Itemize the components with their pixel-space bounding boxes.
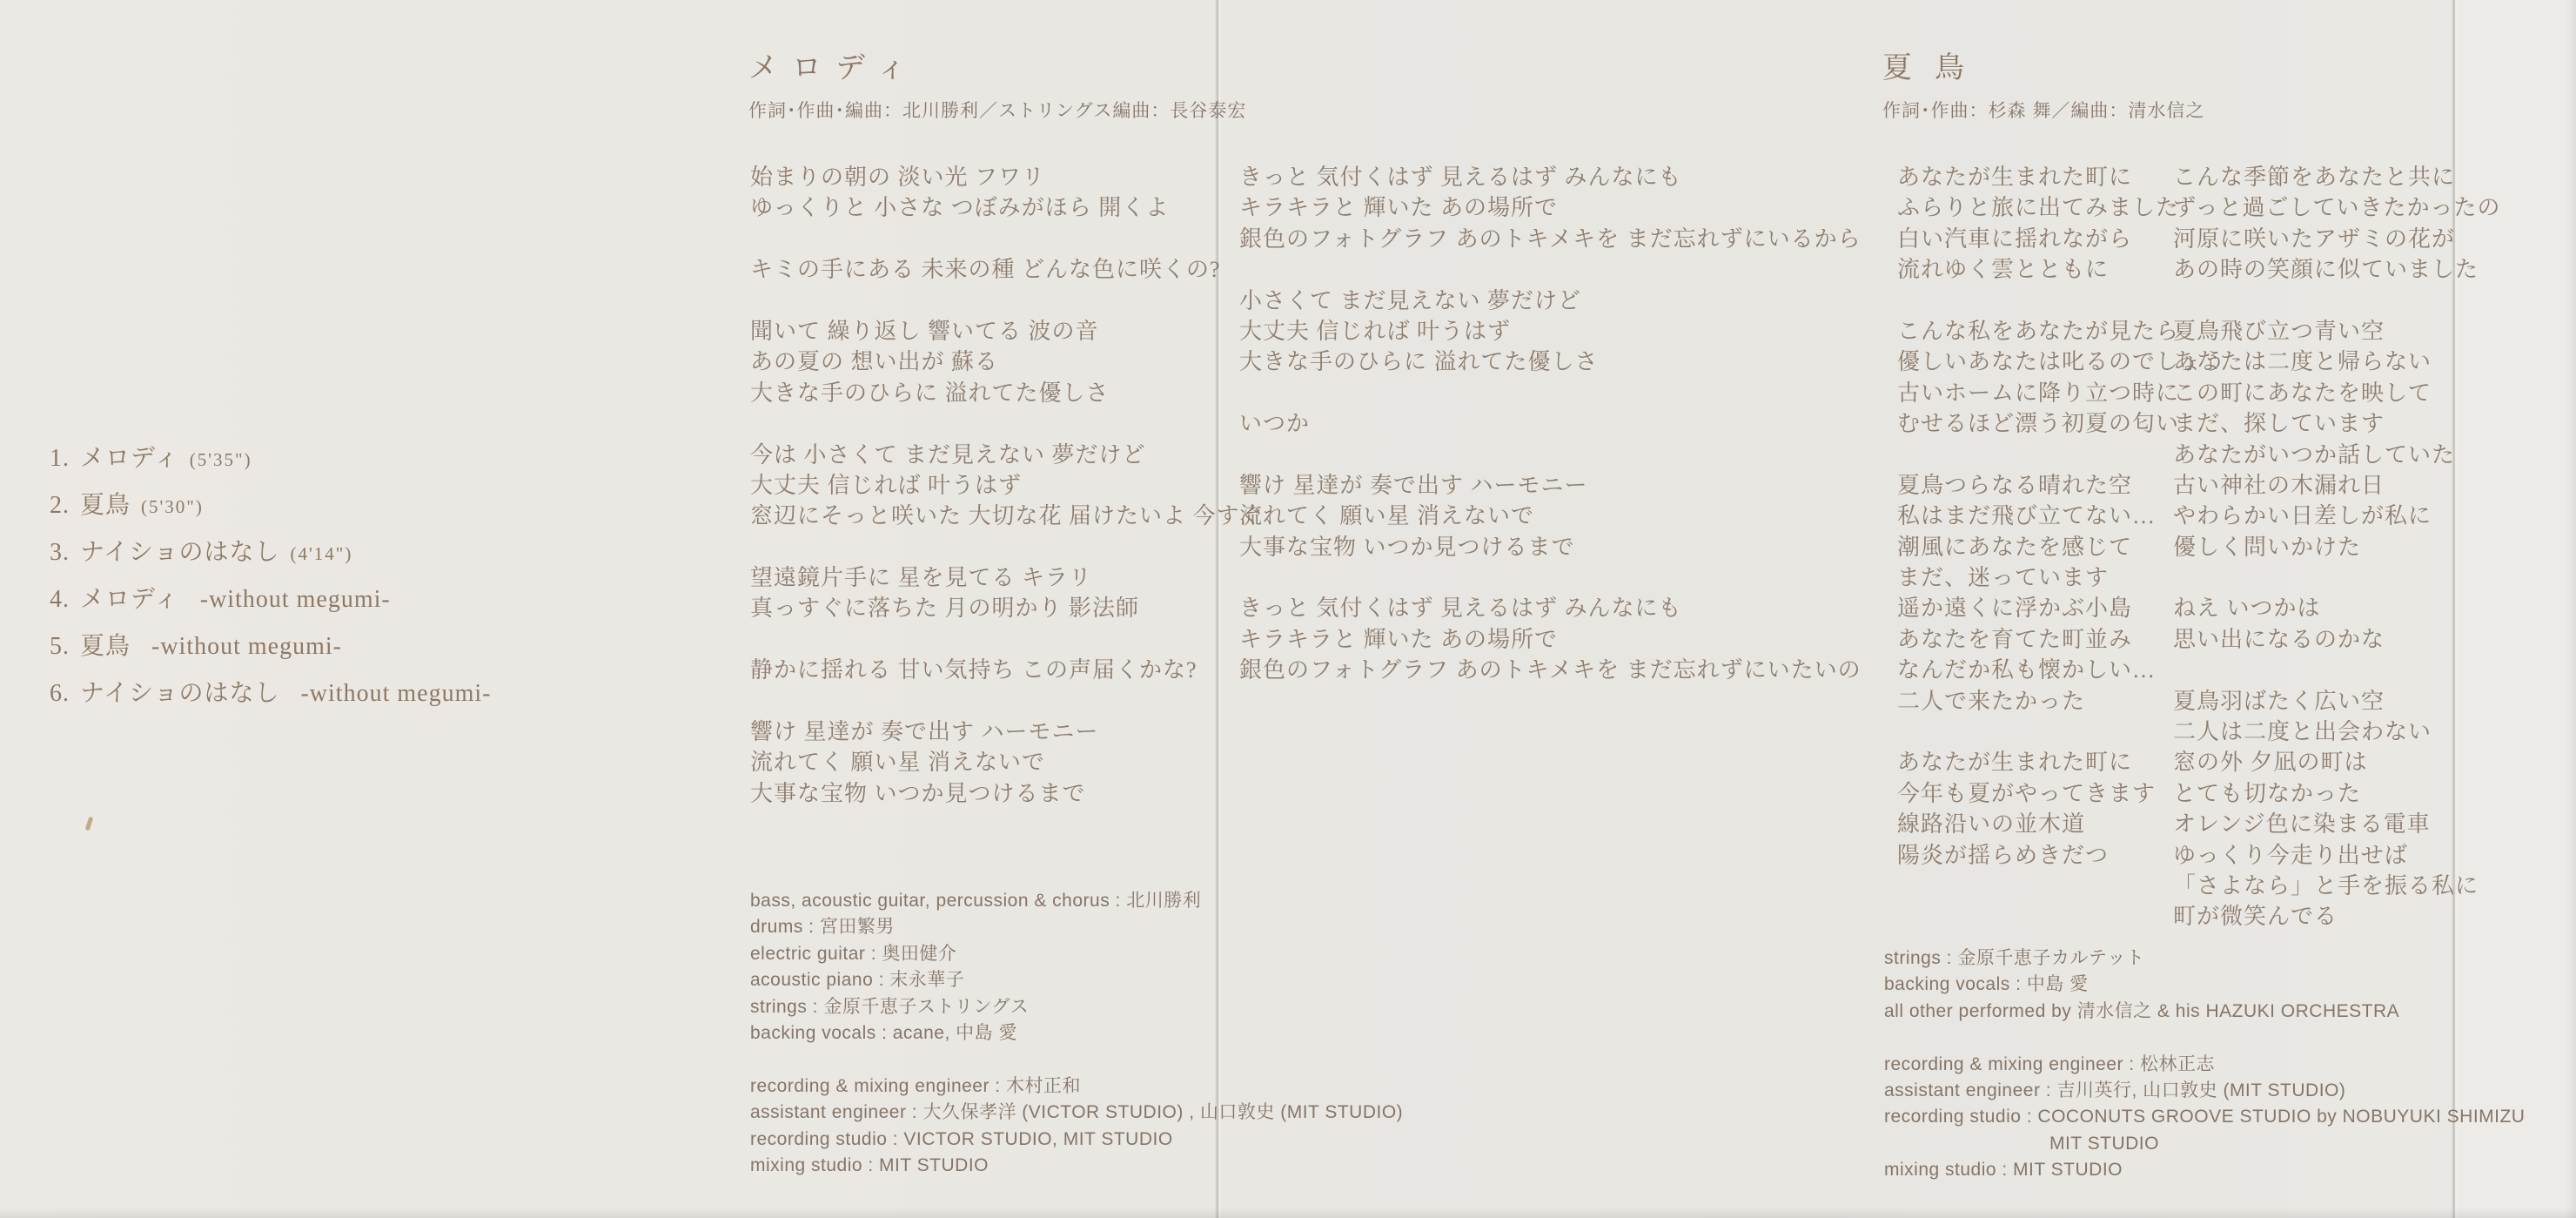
credit-line: mixing studio : MIT STUDIO xyxy=(750,1153,1403,1179)
track-title: ナイショのはなし xyxy=(80,539,279,566)
lyric-line: この町にあなたを映して xyxy=(2173,378,2500,408)
lyric-line: きっと 気付くはず 見えるはず みんなにも xyxy=(1239,162,1862,192)
track-duration: (4'14") xyxy=(290,543,352,564)
lyric-line xyxy=(2173,562,2500,593)
track-number: 6. xyxy=(50,680,70,707)
natsudori-song-credit: 作詞･作曲：杉森 舞／編曲：清水信之 xyxy=(1882,97,2204,123)
lyric-line: 響け 星達が 奏で出す ハーモニー xyxy=(1239,470,1862,501)
lyric-line: あなたがいつか話していた xyxy=(2173,440,2500,470)
track-item: 5.夏鳥-without megumi- xyxy=(50,623,491,670)
right-edge-shadow xyxy=(2566,0,2576,1218)
lyric-line: 「さよなら」と手を振る私に xyxy=(2173,871,2500,901)
lyric-line xyxy=(750,686,1264,717)
lyric-line: 小さくて まだ見えない 夢だけど xyxy=(1239,286,1862,316)
track-title: 夏鳥 xyxy=(80,633,131,660)
credit-line: electric guitar : 奥田健介 xyxy=(750,941,1403,967)
credit-line xyxy=(750,1046,1403,1073)
lyric-line xyxy=(2173,655,2500,685)
lyric-line: 大きな手のひらに 溢れてた優しさ xyxy=(750,378,1264,408)
lyric-line: ゆっくりと 小さな つぼみがほら 開くよ xyxy=(750,192,1264,223)
lyric-line: 望遠鏡片手に 星を見てる キラリ xyxy=(750,562,1264,593)
track-number: 2. xyxy=(50,492,70,519)
track-item: 2.夏鳥(5'30") xyxy=(50,482,491,529)
credit-line: acoustic piano : 末永華子 xyxy=(750,967,1403,993)
lyric-line: 始まりの朝の 淡い光 フワリ xyxy=(750,162,1264,192)
lyric-line: ねえ いつかは xyxy=(2173,593,2500,623)
lyric-line: あなたは二度と帰らない xyxy=(2173,347,2500,377)
track-item: 4.メロディ-without megumi- xyxy=(50,576,491,623)
lyric-line: キラキラと 輝いた あの場所で xyxy=(1239,192,1862,223)
credit-line: recording studio : COCONUTS GROOVE STUDI… xyxy=(1884,1104,2525,1130)
credit-line: strings : 金原千恵子カルテット xyxy=(1884,945,2525,972)
track-title: 夏鳥 xyxy=(80,492,131,519)
lyric-line: 夏鳥飛び立つ青い空 xyxy=(2173,316,2500,347)
melody-lyrics-column-2: きっと 気付くはず 見えるはず みんなにもキラキラと 輝いた あの場所で銀色のフ… xyxy=(1239,162,1862,686)
lyric-line: きっと 気付くはず 見えるはず みんなにも xyxy=(1239,593,1862,623)
lyric-line: 町が微笑んでる xyxy=(2173,901,2500,932)
lyric-line: 聞いて 繰り返し 響いてる 波の音 xyxy=(750,316,1264,347)
lyric-line: あの夏の 想い出が 蘇る xyxy=(750,347,1264,377)
credit-line xyxy=(1884,1025,2525,1051)
natsudori-credits-block: strings : 金原千恵子カルテットbacking vocals : 中島 … xyxy=(1884,945,2525,1184)
track-duration: (5'30") xyxy=(141,496,204,517)
lyric-line xyxy=(1239,440,1862,470)
lyric-line: こんな季節をあなたと共に xyxy=(2173,162,2500,192)
melody-song-credit: 作詞･作曲･編曲：北川勝利／ストリングス編曲：長谷泰宏 xyxy=(748,97,1246,123)
track-variant: -without megumi- xyxy=(300,680,491,707)
credit-line: recording & mixing engineer : 松林正志 xyxy=(1884,1052,2525,1078)
credit-line: recording & mixing engineer : 木村正和 xyxy=(750,1073,1403,1100)
lyric-line: 古い神社の木漏れ日 xyxy=(2173,470,2500,501)
track-item: 1.メロディ(5'35") xyxy=(50,435,491,482)
melody-header: メロディ 作詞･作曲･編曲：北川勝利／ストリングス編曲：長谷泰宏 xyxy=(748,44,1246,123)
track-title: メロディ xyxy=(80,586,179,613)
track-variant: -without megumi- xyxy=(151,633,342,660)
lyric-line: あの時の笑顔に似ていました xyxy=(2173,254,2500,285)
credit-line: backing vocals : 中島 愛 xyxy=(1884,972,2525,998)
lyric-line: 静かに揺れる 甘い気持ち この声届くかな? xyxy=(750,655,1264,685)
lyric-line: ゆっくり今走り出せば xyxy=(2173,840,2500,871)
lyric-line: 河原に咲いたアザミの花が xyxy=(2173,224,2500,254)
lyric-line: 夏鳥羽ばたく広い空 xyxy=(2173,686,2500,717)
track-number: 4. xyxy=(50,586,70,613)
lyric-line xyxy=(1239,254,1862,285)
lyric-line xyxy=(750,408,1264,439)
credit-line: mixing studio : MIT STUDIO xyxy=(1884,1157,2525,1183)
track-item: 6.ナイショのはなし-without megumi- xyxy=(50,670,491,717)
natsudori-header: 夏鳥 作詞･作曲：杉森 舞／編曲：清水信之 xyxy=(1882,44,2204,123)
track-title: ナイショのはなし xyxy=(80,680,279,707)
credit-line: all other performed by 清水信之 & his HAZUKI… xyxy=(1884,999,2525,1025)
natsudori-lyrics-column-2: こんな季節をあなたと共にずっと過ごしていきたかったの河原に咲いたアザミの花があの… xyxy=(2173,162,2500,932)
lyric-line: 二人は二度と出会わない xyxy=(2173,717,2500,747)
lyric-line: 今は 小さくて まだ見えない 夢だけど xyxy=(750,440,1264,470)
lyric-line xyxy=(1239,378,1862,408)
lyric-line: 流れてく 願い星 消えないで xyxy=(1239,501,1862,531)
lyric-line: 窓の外 夕凪の町は xyxy=(2173,747,2500,777)
track-variant: -without megumi- xyxy=(200,586,391,613)
lyric-line xyxy=(750,286,1264,316)
lyric-line: 銀色のフォトグラフ あのトキメキを まだ忘れずにいたいの xyxy=(1239,655,1862,685)
bottom-edge-shadow xyxy=(0,1208,2576,1218)
lyric-line: 大きな手のひらに 溢れてた優しさ xyxy=(1239,347,1862,377)
lyric-line: 真っすぐに落ちた 月の明かり 影法師 xyxy=(750,593,1264,623)
lyric-line: いつか xyxy=(1239,408,1862,439)
credit-line: assistant engineer : 吉川英行, 山口敦史 (MIT STU… xyxy=(1884,1078,2525,1104)
track-duration: (5'35") xyxy=(190,449,252,470)
lyric-line: 響け 星達が 奏で出す ハーモニー xyxy=(750,717,1264,747)
track-number: 5. xyxy=(50,633,70,660)
track-title: メロディ xyxy=(80,445,179,472)
lyric-line: キラキラと 輝いた あの場所で xyxy=(1239,624,1862,655)
lyric-line: 大丈夫 信じれば 叶うはず xyxy=(750,470,1264,501)
lyric-line: 大事な宝物 いつか見つけるまで xyxy=(750,778,1264,809)
lyric-line: オレンジ色に染まる電車 xyxy=(2173,809,2500,839)
credit-line: backing vocals : acane, 中島 愛 xyxy=(750,1020,1403,1046)
lyric-line: 優しく問いかけた xyxy=(2173,532,2500,562)
track-item: 3.ナイショのはなし(4'14") xyxy=(50,529,491,576)
credit-line: strings : 金原千恵子ストリングス xyxy=(750,994,1403,1020)
natsudori-song-title: 夏鳥 xyxy=(1882,44,2204,86)
lyric-line: まだ、探しています xyxy=(2173,408,2500,439)
lyric-line: キミの手にある 未来の種 どんな色に咲くの? xyxy=(750,254,1264,285)
credit-line: recording studio : VICTOR STUDIO, MIT ST… xyxy=(750,1127,1403,1153)
lyric-line: 流れてく 願い星 消えないで xyxy=(750,747,1264,777)
credit-line: bass, acoustic guitar, percussion & chor… xyxy=(750,888,1403,914)
lyric-line: 窓辺にそっと咲いた 大切な花 届けたいよ 今すぐ xyxy=(750,501,1264,531)
lyric-line: やわらかい日差しが私に xyxy=(2173,501,2500,531)
lyric-line: 銀色のフォトグラフ あのトキメキを まだ忘れずにいるから xyxy=(1239,224,1862,254)
melody-credits-block: bass, acoustic guitar, percussion & chor… xyxy=(750,888,1403,1179)
lyric-line: とても切なかった xyxy=(2173,778,2500,809)
melody-lyrics-column-1: 始まりの朝の 淡い光 フワリゆっくりと 小さな つぼみがほら 開くよキミの手にあ… xyxy=(750,162,1264,809)
lyric-line xyxy=(750,224,1264,254)
track-number: 3. xyxy=(50,539,70,566)
lyric-line: 大丈夫 信じれば 叶うはず xyxy=(1239,316,1862,347)
lyric-line xyxy=(750,532,1264,562)
track-number: 1. xyxy=(50,445,70,472)
melody-song-title: メロディ xyxy=(748,44,1246,86)
lyric-line: 思い出になるのかな xyxy=(2173,624,2500,655)
credit-line: drums : 宮田繁男 xyxy=(750,914,1403,940)
lyric-line xyxy=(750,624,1264,655)
track-list: 1.メロディ(5'35") 2.夏鳥(5'30") 3.ナイショのはなし(4'1… xyxy=(50,435,491,717)
credit-line: MIT STUDIO xyxy=(1884,1131,2525,1157)
lyric-line: 大事な宝物 いつか見つけるまで xyxy=(1239,532,1862,562)
lyric-line xyxy=(2173,286,2500,316)
lyric-line xyxy=(1239,562,1862,593)
paper-speck xyxy=(85,817,94,831)
lyric-line: ずっと過ごしていきたかったの xyxy=(2173,192,2500,223)
credit-line: assistant engineer : 大久保孝洋 (VICTOR STUDI… xyxy=(750,1100,1403,1126)
